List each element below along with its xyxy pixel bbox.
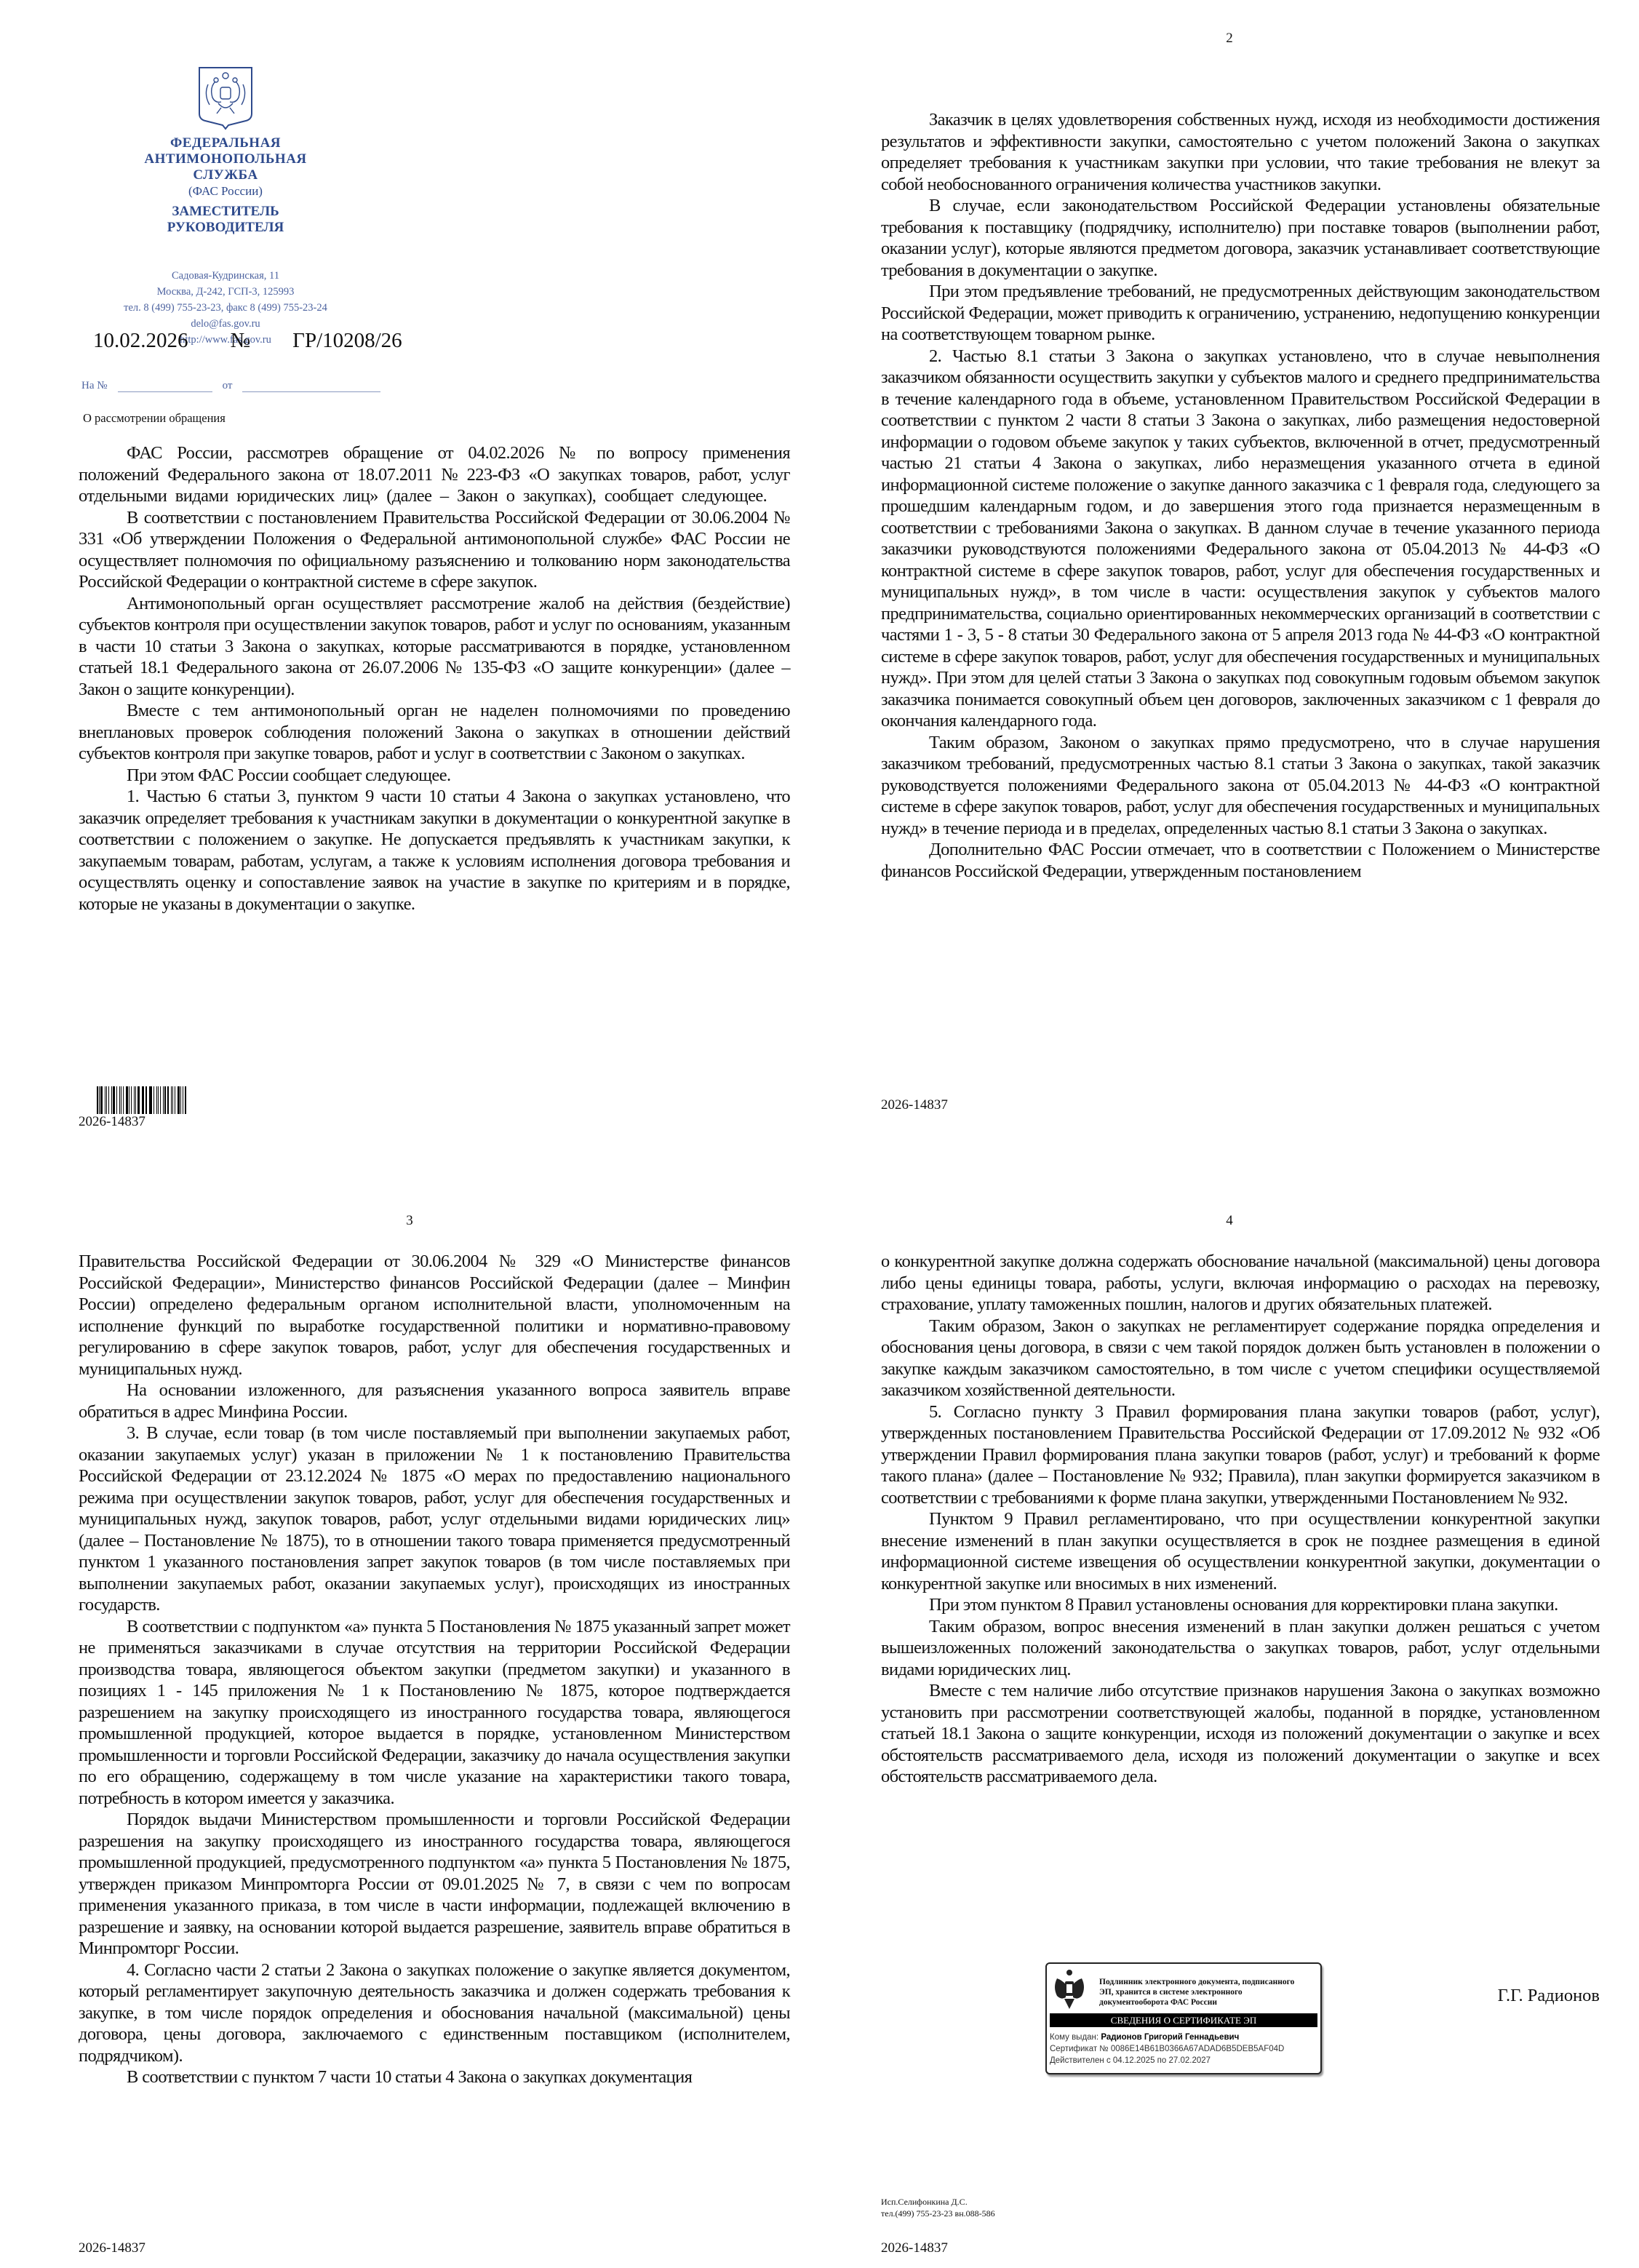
email-link[interactable]: delo@fas.gov.ru xyxy=(191,318,260,330)
paragraph: 2. Частью 8.1 статьи 3 Закона о закупках… xyxy=(881,346,1600,732)
paragraph: При этом предъявление требований, не пре… xyxy=(881,281,1600,346)
paragraph: Пунктом 9 Правил регламентировано, что п… xyxy=(881,1508,1600,1594)
number-sign: № xyxy=(231,329,251,353)
reply-number-label: На № xyxy=(81,380,108,392)
reply-number-blank xyxy=(118,391,212,392)
registration-number: 2026-14837 xyxy=(79,2240,145,2256)
cert-validity: Действителен с 04.12.2025 по 27.02.2027 xyxy=(1050,2055,1317,2066)
paragraph: 4. Согласно части 2 статьи 2 Закона о за… xyxy=(79,1959,790,2067)
double-headed-eagle-icon xyxy=(1051,1968,1088,2010)
paragraph: Правительства Российской Федерации от 30… xyxy=(79,1251,790,1380)
paragraph: На основании изложенного, для разъяснени… xyxy=(79,1380,790,1423)
certificate-info: Кому выдан: Радионов Григорий Геннадьеви… xyxy=(1050,2032,1317,2066)
page-number: 4 xyxy=(820,1213,1639,1229)
subject-line: О рассмотрении обращения xyxy=(83,411,226,426)
page3-body: Правительства Российской Федерации от 30… xyxy=(79,1251,790,2088)
stamp-header-line: ЭП, хранится в системе электронного xyxy=(1099,1987,1294,1997)
org-name-line2: АНТИМОНОПОЛЬНАЯ xyxy=(80,151,371,167)
cert-number-label: Сертификат № xyxy=(1050,2045,1109,2053)
org-name-line3: СЛУЖБА xyxy=(80,167,371,183)
stamp-header: Подлинник электронного документа, подпис… xyxy=(1099,1977,1294,2008)
registration-number: 2026-14837 xyxy=(881,1097,948,1113)
page-4: 4 о конкурентной закупке должна содержат… xyxy=(820,1134,1639,2268)
issued-to-label: Кому выдан: xyxy=(1050,2033,1098,2042)
e-signature-stamp: Подлинник электронного документа, подпис… xyxy=(1045,1962,1322,2074)
paragraph: Антимонопольный орган осуществляет рассм… xyxy=(79,593,790,701)
org-short-name: (ФАС России) xyxy=(80,183,371,199)
position-line2: РУКОВОДИТЕЛЯ xyxy=(80,220,371,236)
executor-phone: тел.(499) 755-23-23 вн.088-586 xyxy=(881,2208,995,2219)
paragraph: При этом ФАС России сообщает следующее. xyxy=(79,765,790,787)
address-street: Садовая-Кудринская, 11 xyxy=(87,268,364,284)
outgoing-date: 10.02.2026 xyxy=(93,329,188,353)
page-3: 3 Правительства Российской Федерации от … xyxy=(0,1134,819,2268)
page-2: 2 Заказчик в целях удовлетворения собств… xyxy=(820,0,1639,1134)
russian-coat-of-arms-icon xyxy=(196,65,255,131)
address-phones: тел. 8 (499) 755-23-23, факс 8 (499) 755… xyxy=(87,300,364,316)
paragraph: Таким образом, Закон о закупках не регла… xyxy=(881,1316,1600,1401)
reply-date-label: от xyxy=(223,380,233,392)
paragraph: 3. В случае, если товар (в том числе пос… xyxy=(79,1423,790,1616)
barcode xyxy=(97,1086,187,1114)
position-line1: ЗАМЕСТИТЕЛЬ xyxy=(80,204,371,220)
paragraph: о конкурентной закупке должна содержать … xyxy=(881,1251,1600,1316)
paragraph: В случае, если законодательством Российс… xyxy=(881,195,1600,281)
stamp-header-line: Подлинник электронного документа, подпис… xyxy=(1099,1977,1294,1987)
stamp-title: СВЕДЕНИЯ О СЕРТИФИКАТЕ ЭП xyxy=(1050,2013,1317,2027)
issued-to-value: Радионов Григорий Геннадьевич xyxy=(1101,2033,1239,2042)
address-city: Москва, Д-242, ГСП-3, 125993 xyxy=(87,284,364,300)
registration-number: 2026-14837 xyxy=(881,2240,948,2256)
page1-body: ФАС России, рассмотрев обращение от 04.0… xyxy=(79,442,790,915)
paragraph: Порядок выдачи Министерством промышленно… xyxy=(79,1809,790,1959)
page-1: ФЕДЕРАЛЬНАЯ АНТИМОНОПОЛЬНАЯ СЛУЖБА (ФАС … xyxy=(0,0,819,1134)
letterhead: ФЕДЕРАЛЬНАЯ АНТИМОНОПОЛЬНАЯ СЛУЖБА (ФАС … xyxy=(80,65,371,236)
org-name-line1: ФЕДЕРАЛЬНАЯ xyxy=(80,135,371,151)
paragraph: 1. Частью 6 статьи 3, пунктом 9 части 10… xyxy=(79,786,790,915)
paragraph: В соответствии с подпунктом «а» пункта 5… xyxy=(79,1616,790,1810)
stamp-header-line: документооборота ФАС России xyxy=(1099,1997,1294,2008)
cert-number-value: 0086E14B61B0366A67ADAD6B5DEB5AF04D xyxy=(1111,2045,1284,2053)
paragraph: Вместе с тем наличие либо отсутствие при… xyxy=(881,1680,1600,1788)
reply-date-blank xyxy=(242,391,380,392)
executor-name: Исп.Селифонкина Д.С. xyxy=(881,2196,995,2208)
paragraph: В соответствии с постановлением Правител… xyxy=(79,507,790,593)
outgoing-number: ГР/10208/26 xyxy=(292,329,402,353)
cert-number-row: Сертификат № 0086E14B61B0366A67ADAD6B5DE… xyxy=(1050,2043,1317,2055)
paragraph: Дополнительно ФАС России отмечает, что в… xyxy=(881,839,1600,882)
paragraph: В соответствии с пунктом 7 части 10 стат… xyxy=(79,2066,790,2088)
registration-number: 2026-14837 xyxy=(79,1114,145,1130)
issued-to-row: Кому выдан: Радионов Григорий Геннадьеви… xyxy=(1050,2032,1317,2043)
paragraph: ФАС России, рассмотрев обращение от 04.0… xyxy=(79,442,790,507)
paragraph: 5. Согласно пункту 3 Правил формирования… xyxy=(881,1401,1600,1509)
paragraph: При этом пунктом 8 Правил установлены ос… xyxy=(881,1594,1600,1616)
paragraph: Таким образом, вопрос внесения изменений… xyxy=(881,1616,1600,1681)
reply-to-line: На № от xyxy=(81,380,380,392)
paragraph: Заказчик в целях удовлетворения собствен… xyxy=(881,109,1600,195)
signer-name: Г.Г. Радионов xyxy=(1498,1986,1600,2006)
page4-body: о конкурентной закупке должна содержать … xyxy=(881,1251,1600,1788)
outgoing-registration: 10.02.2026 № ГР/10208/26 xyxy=(93,329,402,353)
paragraph: Вместе с тем антимонопольный орган не на… xyxy=(79,700,790,765)
paragraph: Таким образом, Законом о закупках прямо … xyxy=(881,732,1600,840)
executor-info: Исп.Селифонкина Д.С. тел.(499) 755-23-23… xyxy=(881,2196,995,2219)
page-number: 2 xyxy=(820,31,1639,47)
page2-body: Заказчик в целях удовлетворения собствен… xyxy=(881,109,1600,882)
page-number: 3 xyxy=(0,1213,819,1229)
